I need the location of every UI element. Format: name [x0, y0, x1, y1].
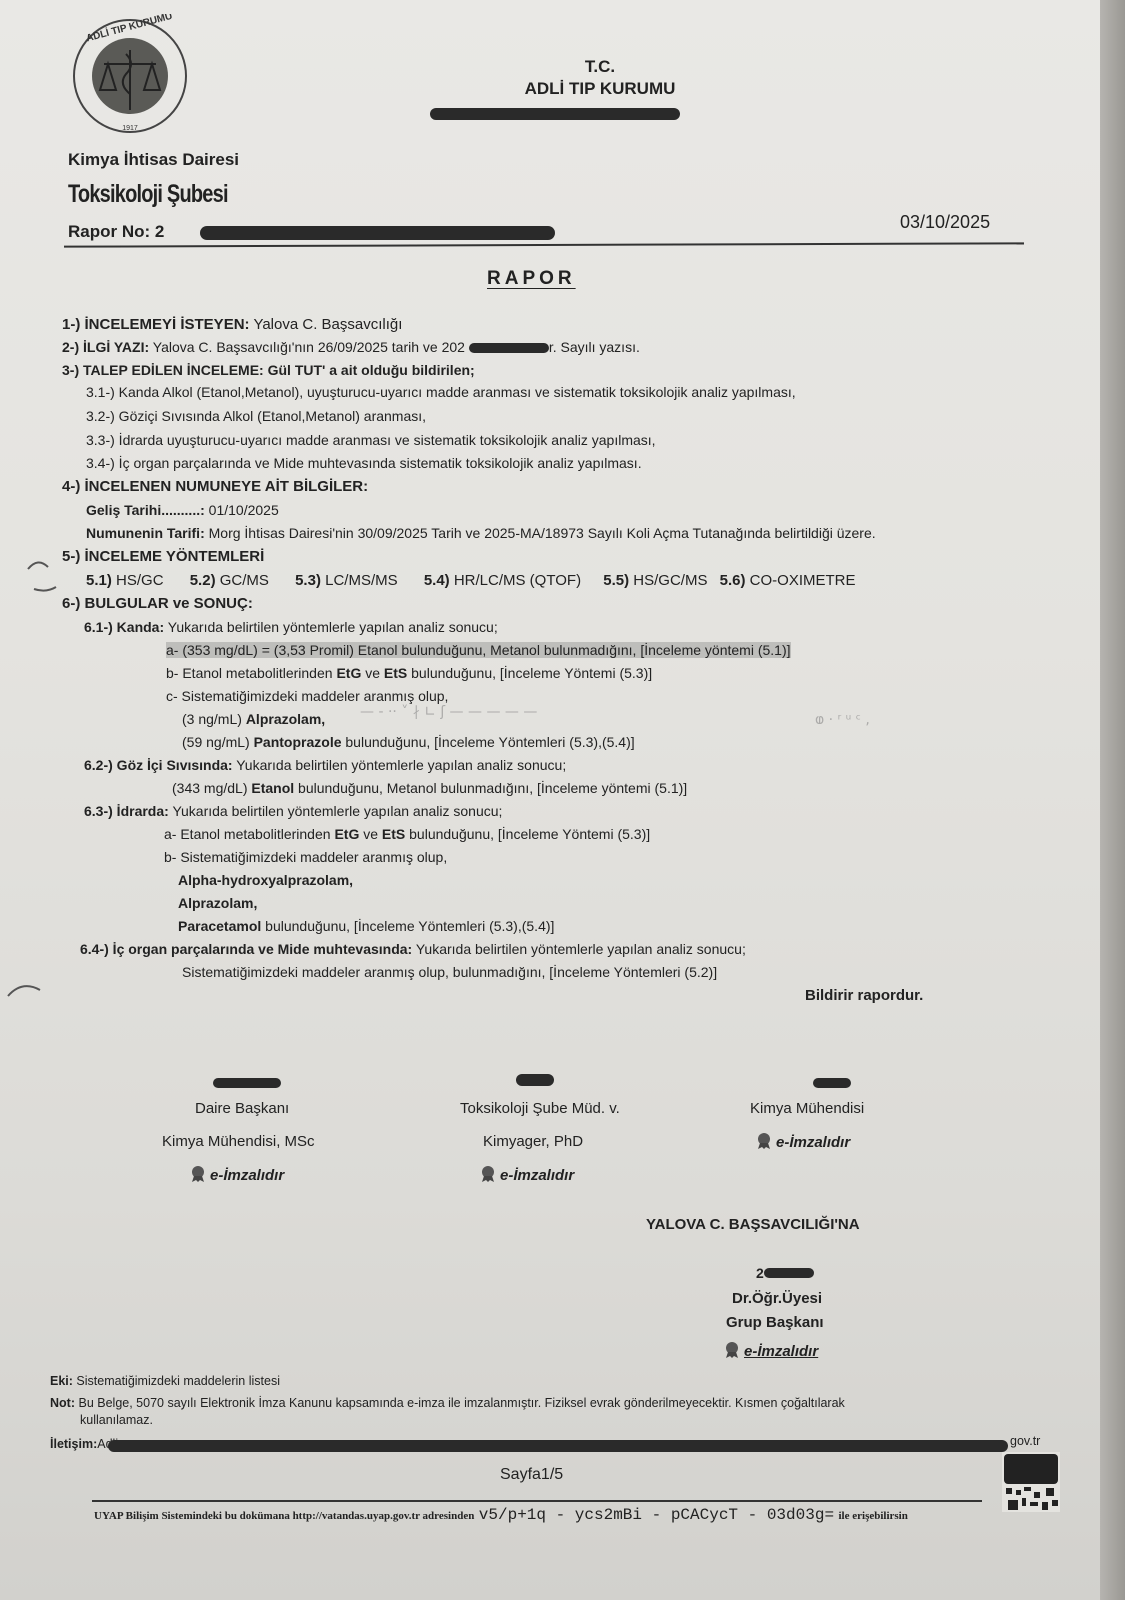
- branch-name: Toksikoloji Şubesi: [68, 180, 228, 209]
- finding-blood-alprazolam: (3 ng/mL) Alprazolam,: [182, 711, 325, 727]
- background-surface: [1100, 0, 1125, 1600]
- signer-2-title: Toksikoloji Şube Müd. v.: [460, 1100, 620, 1117]
- verification-code[interactable]: v5/p+1q - ycs2mBi - pCACycT - 03d03g=: [479, 1506, 834, 1524]
- note-continued: kullanılamaz.: [80, 1413, 153, 1427]
- signer-2-subtitle: Kimyager, PhD: [483, 1133, 583, 1150]
- finding-urine-b: b- Sistematiğimizdeki maddeler aranmış o…: [164, 849, 447, 865]
- redacted-signer-id: [516, 1074, 554, 1086]
- section-3-item: 3.3-) İdrarda uyuşturucu-uyarıcı madde a…: [86, 432, 656, 448]
- group-head-id: 2: [756, 1265, 764, 1281]
- pencil-annotation: — ‐ ·· ˅ ∤ ∟ ʃ — — — — —: [360, 704, 537, 720]
- finding-blood-c: c- Sistematiğimizdeki maddeler aranmış o…: [166, 688, 448, 704]
- finding-blood: 6.1-) Kanda: Yukarıda belirtilen yönteml…: [84, 619, 498, 635]
- finding-eye-fluid-result: (343 mg/dL) Etanol bulunduğunu, Metanol …: [172, 780, 687, 796]
- redacted-ref-no: [469, 343, 549, 353]
- finding-blood-a: a- (353 mg/dL) = (3,53 Promil) Etanol bu…: [166, 642, 791, 658]
- margin-mark-icon: [22, 555, 62, 595]
- method-item: 5.4) HR/LC/MS (QTOF): [424, 572, 581, 589]
- document-page: ADLİ TIP KURUMU 1917 T.C. ADLİ TIP KURUM…: [0, 0, 1100, 1600]
- report-no-label: Rapor No:: [68, 222, 150, 241]
- redacted-signer-id: [213, 1078, 281, 1088]
- report-title: RAPOR: [487, 268, 576, 290]
- method-item: 5.2) GC/MS: [190, 572, 269, 589]
- group-head-title: Dr.Öğr.Üyesi: [732, 1290, 822, 1307]
- report-no-value: 2: [155, 222, 164, 241]
- method-item: 5.5) HS/GC/MS: [603, 572, 707, 589]
- redacted-contact: [108, 1440, 1008, 1452]
- finding-eye-fluid: 6.2-) Göz İçi Sıvısında: Yukarıda belirt…: [84, 757, 566, 773]
- group-head-esign: e-İmzalıdır: [724, 1341, 818, 1360]
- finding-urine: 6.3-) İdrarda: Yukarıda belirtilen yönte…: [84, 803, 502, 819]
- finding-urine-substance: Alprazolam,: [178, 895, 257, 911]
- e-signature-seal-icon: [190, 1165, 206, 1183]
- signer-1-subtitle: Kimya Mühendisi, MSc: [162, 1133, 315, 1150]
- signer-2-esign: e-İmzalıdır: [480, 1165, 574, 1184]
- e-signature-seal-icon: [756, 1132, 772, 1150]
- redacted-report-no: [200, 226, 555, 240]
- header-divider: [64, 242, 1024, 247]
- section-3-item: 3.1-) Kanda Alkol (Etanol,Metanol), uyuş…: [86, 384, 796, 400]
- svg-text:1917: 1917: [122, 125, 138, 132]
- header-country: T.C.: [440, 56, 760, 78]
- department-name: Kimya İhtisas Dairesi: [68, 150, 239, 170]
- attachment: Eki: Sistematiğimizdeki maddelerin liste…: [50, 1374, 280, 1388]
- margin-mark-icon: [6, 980, 46, 1000]
- signer-3-title: Kimya Mühendisi: [750, 1100, 864, 1117]
- section-2: 2-) İLGİ YAZI: Yalova C. Başsavcılığı'nı…: [62, 339, 640, 355]
- section-1: 1-) İNCELEMEYİ İSTEYEN: Yalova C. Başsav…: [62, 316, 402, 333]
- section-3-heading: 3-) TALEP EDİLEN İNCELEME: Gül TUT' a ai…: [62, 362, 475, 378]
- qr-code-icon: [1002, 1452, 1060, 1512]
- section-6-heading: 6-) BULGULAR ve SONUÇ:: [62, 595, 253, 612]
- arrival-date: Geliş Tarihi..........: 01/10/2025: [86, 502, 279, 518]
- redacted-signer-id: [813, 1078, 851, 1088]
- signer-3-esign: e-İmzalıdır: [756, 1132, 850, 1151]
- contact-end: gov.tr: [1010, 1434, 1040, 1448]
- redacted-subtitle: [430, 108, 680, 120]
- section-5-heading: 5-) İNCELEME YÖNTEMLERİ: [62, 548, 264, 565]
- signer-1-esign: e-İmzalıdır: [190, 1165, 284, 1184]
- finding-blood-b: b- Etanol metabolitlerinden EtG ve EtS b…: [166, 665, 652, 681]
- header-institution: ADLİ TIP KURUMU: [440, 78, 760, 100]
- closing-statement: Bildirir rapordur.: [805, 987, 923, 1004]
- finding-blood-pantoprazole: (59 ng/mL) Pantoprazole bulunduğunu, [İn…: [182, 734, 635, 750]
- header-center: T.C. ADLİ TIP KURUMU: [440, 56, 760, 100]
- report-number: Rapor No: 2: [68, 222, 164, 242]
- methods-list: 5.1) HS/GC 5.2) GC/MS 5.3) LC/MS/MS 5.4)…: [86, 572, 856, 589]
- finding-urine-a: a- Etanol metabolitlerinden EtG ve EtS b…: [164, 826, 650, 842]
- addressee: YALOVA C. BAŞSAVCILIĞI'NA: [646, 1216, 860, 1233]
- section-3-item: 3.4-) İç organ parçalarında ve Mide muht…: [86, 455, 642, 471]
- signer-1-title: Daire Başkanı: [195, 1100, 289, 1117]
- redacted-group-head-id: [764, 1268, 814, 1278]
- report-date: 03/10/2025: [900, 212, 990, 233]
- section-3-item: 3.2-) Göziçi Sıvısında Alkol (Etanol,Met…: [86, 408, 426, 424]
- pencil-annotation: ⱷ · ʳ ᵘ ᶜ ,: [815, 712, 870, 728]
- finding-urine-paracetamol: Paracetamol bulunduğunu, [İnceleme Yönte…: [178, 918, 554, 934]
- finding-organs: 6.4-) İç organ parçalarında ve Mide muht…: [80, 941, 746, 957]
- uyap-verification: UYAP Bilişim Sistemindeki bu dokümana ht…: [94, 1506, 908, 1524]
- sample-description: Numunenin Tarifi: Morg İhtisas Dairesi'n…: [86, 525, 876, 541]
- adli-tip-kurumu-logo-icon: ADLİ TIP KURUMU 1917: [70, 14, 190, 144]
- group-head-role: Grup Başkanı: [726, 1314, 824, 1331]
- method-item: 5.3) LC/MS/MS: [295, 572, 398, 589]
- finding-urine-substance: Alpha-hydroxyalprazolam,: [178, 872, 353, 888]
- method-item: 5.6) CO-OXIMETRE: [720, 572, 856, 589]
- section-4-heading: 4-) İNCELENEN NUMUNEYE AİT BİLGİLER:: [62, 478, 368, 495]
- e-signature-seal-icon: [480, 1165, 496, 1183]
- note: Not: Bu Belge, 5070 sayılı Elektronik İm…: [50, 1396, 845, 1410]
- e-signature-seal-icon: [724, 1341, 740, 1359]
- finding-organs-result: Sistematiğimizdeki maddeler aranmış olup…: [182, 964, 717, 980]
- method-item: 5.1) HS/GC: [86, 572, 164, 589]
- footer-divider: [92, 1500, 982, 1502]
- page-number: Sayfa1/5: [500, 1466, 563, 1484]
